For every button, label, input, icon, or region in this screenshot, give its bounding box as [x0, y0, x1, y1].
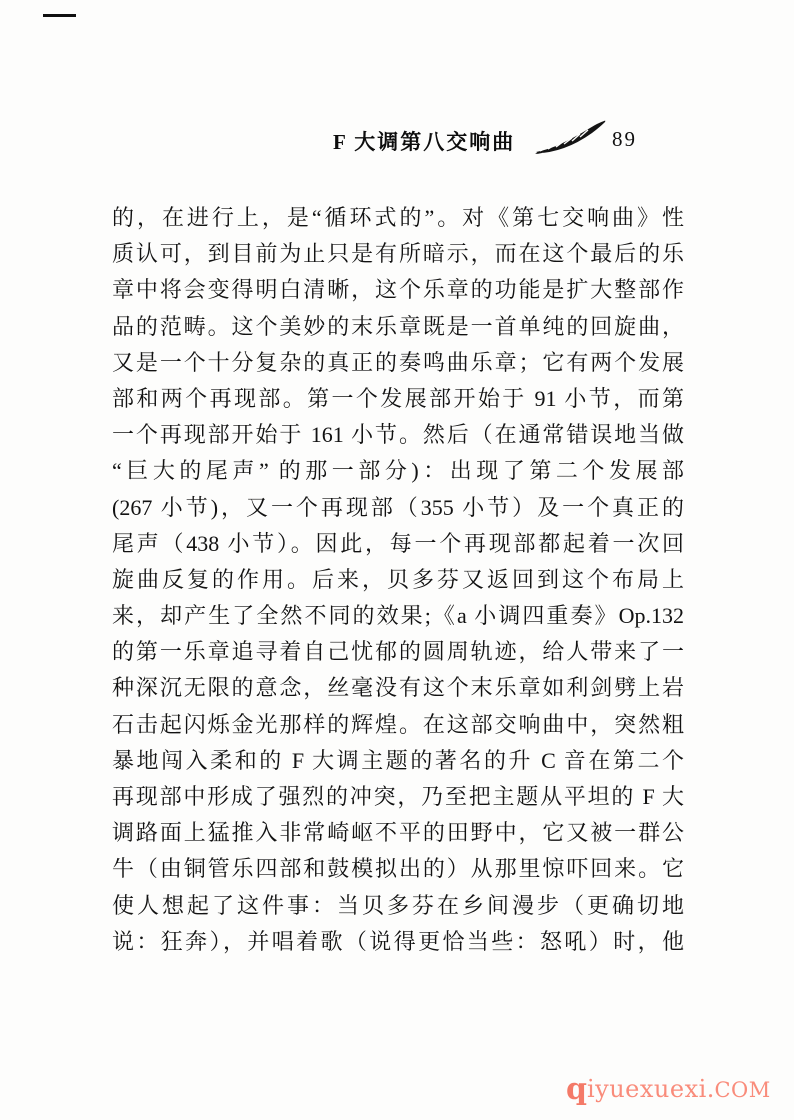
watermark-tld: COM — [714, 1078, 770, 1102]
text-line: 一个再现部开始于 161 小节。然后（在通常错误地当做 — [112, 417, 684, 453]
scanned-book-page: { "page": { "corner_mark": "rule-line", … — [0, 0, 794, 1120]
quill-stroke-icon — [534, 120, 608, 156]
text-line: (267 小节)，又一个再现部（355 小节）及一个真正的 — [112, 490, 684, 526]
page-number: 89 — [612, 127, 637, 152]
text-line: 说：狂奔），并唱着歌（说得更恰当些：怒吼）时，他 — [112, 924, 684, 960]
text-line: 石击起闪烁金光那样的辉煌。在这部交响曲中，突然粗 — [112, 707, 684, 743]
text-line: 部和两个再现部。第一个发展部开始于 91 小节，而第 — [112, 381, 684, 417]
text-line: 尾声（438 小节）。因此，每一个再现部都起着一次回 — [112, 526, 684, 562]
text-line: 旋曲反复的作用。后来，贝多芬又返回到这个布局上 — [112, 562, 684, 598]
text-line: “巨大的尾声” 的那一部分)：出现了第二个发展部 — [112, 453, 684, 489]
watermark: qiyuexuexi.COM — [566, 1072, 771, 1107]
watermark-name: iyuexuexi — [587, 1075, 707, 1103]
text-line: 质认可，到目前为止只是有所暗示，而在这个最后的乐 — [112, 236, 684, 272]
text-line: 又是一个十分复杂的真正的奏鸣曲乐章；它有两个发展 — [112, 345, 684, 381]
text-line: 的，在进行上，是“循环式的”。对《第七交响曲》性 — [112, 200, 684, 236]
text-line: 章中将会变得明白清晰，这个乐章的功能是扩大整部作 — [112, 272, 684, 308]
text-line: 来，却产生了全然不同的效果;《a 小调四重奏》Op.132 — [112, 598, 684, 634]
text-line: 使人想起了这件事：当贝多芬在乡间漫步（更确切地 — [112, 888, 684, 924]
body-text-block: 的，在进行上，是“循环式的”。对《第七交响曲》性质认可，到目前为止只是有所暗示，… — [112, 200, 684, 960]
running-header: F 大调第八交响曲 89 — [0, 0, 794, 170]
text-line: 牛（由铜管乐四部和鼓模拟出的）从那里惊吓回来。它 — [112, 851, 684, 887]
text-line: 种深沉无限的意念，丝毫没有这个末乐章如利剑劈上岩 — [112, 670, 684, 706]
text-line: 的第一乐章追寻着自己忧郁的圆周轨迹，给人带来了一 — [112, 634, 684, 670]
watermark-initial: q — [566, 1072, 587, 1107]
text-line: 再现部中形成了强烈的冲突，乃至把主题从平坦的 F 大 — [112, 779, 684, 815]
text-line: 调路面上猛推入非常崎岖不平的田野中，它又被一群公 — [112, 815, 684, 851]
chapter-title: F 大调第八交响曲 — [333, 126, 515, 156]
text-line: 品的范畴。这个美妙的末乐章既是一首单纯的回旋曲， — [112, 309, 684, 345]
text-line: 暴地闯入柔和的 F 大调主题的著名的升 C 音在第二个 — [112, 743, 684, 779]
